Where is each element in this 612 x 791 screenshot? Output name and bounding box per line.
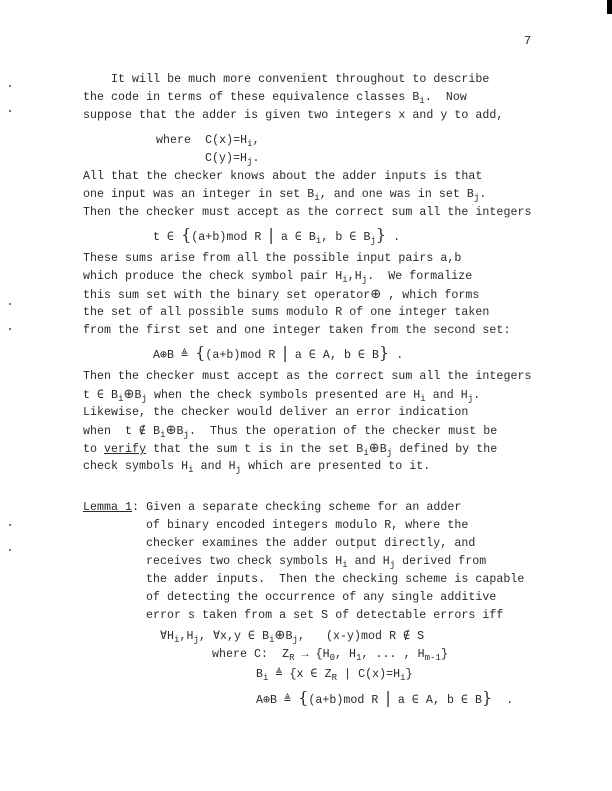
text-run: , ... , H [362,648,425,661]
paragraph-2-line-2: one input was an integer in set Bi, and … [83,188,486,202]
paragraph-3-line-1: These sums arise from all the possible i… [83,252,461,266]
text-run: . [479,188,486,201]
verify-emphasis: verify [104,443,146,456]
text-run: when t ∉ B [83,425,160,438]
text-run: ⊕ [369,441,380,456]
text-run: a ∈ B [274,231,316,244]
lemma-line-3: checker examines the adder output direct… [146,537,475,551]
scan-edge-mark [607,0,612,14]
text-run: ,H [180,630,194,643]
paragraph-4-line-3: Likewise, the checker would deliver an e… [83,406,468,420]
text-run: defined by the [392,443,497,456]
text-run: } [482,688,492,707]
lemma-line-6: of detecting the occurrence of any singl… [146,591,496,605]
text-run: { [195,343,205,362]
text-run: . [253,152,260,165]
text-run: the code in terms of these equivalence c… [83,91,419,104]
text-run: . [492,694,513,707]
formula-sum-set: t ∈ {(a+b)mod R | a ∈ Bi, b ∈ Bj} . [153,228,400,245]
lemma-line-7: error s taken from a set S of detectable… [146,609,503,623]
text-run: a ∈ A, b ∈ B [391,694,482,707]
margin-dot [9,524,11,526]
text-run: Given a separate checking scheme for an … [139,501,461,514]
text-run: check symbols H [83,460,188,473]
lemma-line-2: of binary encoded integers modulo R, whe… [146,519,468,533]
text-run: where [156,134,191,147]
margin-dot [9,85,11,87]
text-run: , [253,134,260,147]
text-run: } [441,648,448,661]
margin-dot [9,549,11,551]
lemma-formula-class-def: Bi ≜ {x ∈ ZR | C(x)=Hi} [256,668,413,682]
margin-dot [9,110,11,112]
paragraph-4-line-6: check symbols Hi and Hj which are presen… [83,460,430,474]
text-run: } [376,225,386,244]
text-run: and H [426,389,468,402]
text-run: } [406,668,413,681]
lemma-formula-code-map: where C: ZR → {H0, H1, ... , Hm-1} [212,648,448,662]
paragraph-1-line-2: the code in terms of these equivalence c… [83,91,467,105]
paragraph-4-line-1: Then the checker must accept as the corr… [83,370,531,384]
paragraph-4-line-2: t ∈ Bi⊕Bj when the check symbols present… [83,388,480,403]
text-run: . [389,349,403,362]
text-run: | C(x)=H [337,668,400,681]
text-run: derived from [395,555,486,568]
text-run: . Now [425,91,467,104]
text-run: } [379,343,389,362]
text-run: , (x-y)mod R ∉ S [298,630,424,643]
lemma-line-1: Lemma 1: Given a separate checking schem… [83,501,461,515]
page-number: 7 [524,34,531,48]
text-run: one input was an integer in set B [83,188,314,201]
text-run: which are presented to it. [241,460,430,473]
text-run: . Thus the operation of the checker must… [189,425,497,438]
oplus-operator-icon: ⊕ [370,287,381,302]
text-run: B [286,630,293,643]
text-run: (a+b)mod R [308,694,385,707]
paragraph-4-line-4: when t ∉ Bi⊕Bj. Thus the operation of th… [83,424,497,439]
lemma-line-5: the adder inputs. Then the checking sche… [146,573,524,587]
text-run: ⊕ [166,423,177,438]
text-run: (a+b)mod R [191,231,261,244]
text-run: ⊕ [275,628,286,643]
text-run: { [298,688,308,707]
paragraph-2-line-1: All that the checker knows about the add… [83,170,482,184]
subscript: m-1 [425,653,441,663]
text-run: to [83,443,104,456]
text-run: , H [335,648,356,661]
text-run: B [177,425,184,438]
paragraph-1-line-3: suppose that the adder is given two inte… [83,109,503,123]
paragraph-1-line-1: It will be much more convenient througho… [83,73,489,87]
text-run: which produce the check symbol pair H [83,270,342,283]
text-run: , which forms [381,289,479,302]
lemma-line-4: receives two check symbols Hi and Hj der… [146,555,486,569]
paragraph-3-line-4: the set of all possible sums modulo R of… [83,306,489,320]
text-run: C(y)=H [205,152,247,165]
where-line-1: where C(x)=Hi, [156,134,260,148]
paragraph-3-line-5: from the first set and one integer taken… [83,324,510,338]
text-run: . [473,389,480,402]
text-run: ,H [348,270,362,283]
text-run: . We formalize [367,270,472,283]
text-run: ≜ {x ∈ Z [268,668,331,681]
paragraph-3-line-2: which produce the check symbol pair Hi,H… [83,270,472,284]
text-run: , b ∈ B [321,231,370,244]
text-run: B [380,443,387,456]
text-run: when the check symbols presented are H [147,389,420,402]
text-run: → {H [295,648,330,661]
text-run: A⊕B ≜ [256,694,298,707]
text-run: receives two check symbols H [146,555,342,568]
paragraph-2-line-3: Then the checker must accept as the corr… [83,206,531,220]
text-run: and H [194,460,236,473]
text-run: a ∈ A, b ∈ B [288,349,379,362]
text-run: { [181,225,191,244]
text-run: , and one was in set B [320,188,474,201]
text-run: ⊕ [124,387,135,402]
lemma-formula-condition: ∀Hi,Hj, ∀x,y ∈ Bi⊕Bj, (x-y)mod R ∉ S [160,629,424,644]
where-line-2: C(y)=Hj. [205,152,260,166]
text-run: and H [348,555,390,568]
margin-dot [9,328,11,330]
lemma-label: Lemma 1 [83,501,132,514]
text-run: B [256,668,263,681]
paragraph-3-line-3: this sum set with the binary set operato… [83,288,479,303]
text-run: (a+b)mod R [205,349,275,362]
lemma-formula-oplus-def: A⊕B ≜ {(a+b)mod R | a ∈ A, b ∈ B} . [256,691,513,708]
formula-oplus-definition: A⊕B ≜ {(a+b)mod R | a ∈ A, b ∈ B} . [153,346,403,363]
text-run: t ∈ B [83,389,118,402]
text-run: . [386,231,400,244]
text-run: C(x)=H [205,134,247,147]
text-run: , ∀x,y ∈ B [199,630,269,643]
paragraph-4-line-5: to verify that the sum t is in the set B… [83,442,497,457]
text-run: where C: Z [212,648,289,661]
text-run: this sum set with the binary set operato… [83,289,370,302]
text-run: A⊕B ≜ [153,349,195,362]
text-run: ∀H [160,630,174,643]
margin-dot [9,303,11,305]
text-run: that the sum t is in the set B [146,443,363,456]
text-run: t ∈ [153,231,181,244]
